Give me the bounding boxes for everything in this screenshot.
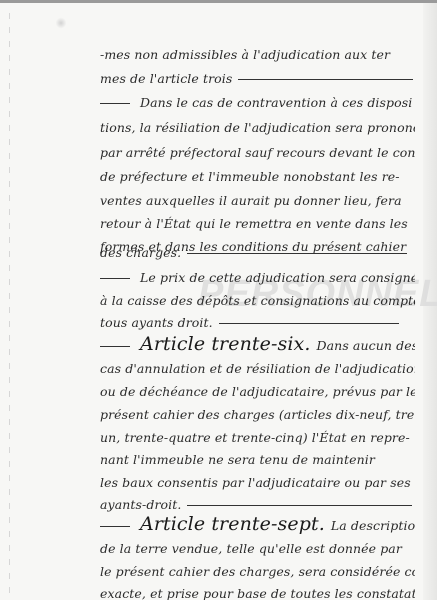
text-line: tous ayants droit. bbox=[100, 315, 415, 330]
line-text: de la terre vendue, telle qu'elle est do… bbox=[100, 541, 402, 556]
line-text: Dans le cas de contravention à ces dispo… bbox=[140, 95, 412, 110]
line-text: des charges. bbox=[100, 245, 181, 260]
article-heading: Article trente-six. bbox=[140, 333, 311, 355]
line-text: -mes non admissibles à l'adjudication au… bbox=[100, 47, 390, 62]
text-line: cas d'annulation et de résiliation de l'… bbox=[100, 361, 415, 376]
margin-rule bbox=[9, 13, 10, 598]
text-line: Le prix de cette adjudication sera consi… bbox=[100, 270, 415, 285]
line-text: de préfecture et l'immeuble nonobstant l… bbox=[100, 169, 400, 184]
text-line: de la terre vendue, telle qu'elle est do… bbox=[100, 541, 415, 556]
text-line: -mes non admissibles à l'adjudication au… bbox=[100, 47, 415, 62]
line-text: ou de déchéance de l'adjudicataire, prév… bbox=[100, 384, 415, 399]
text-line: exacte, et prise pour base de toutes les… bbox=[100, 586, 415, 600]
line-text: tions, la résiliation de l'adjudication … bbox=[100, 120, 415, 135]
line-text: les baux consentis par l'adjudicataire o… bbox=[100, 475, 411, 490]
paragraph-dash bbox=[100, 526, 130, 527]
text-line: nant l'immeuble ne sera tenu de mainteni… bbox=[100, 452, 415, 467]
text-line: tions, la résiliation de l'adjudication … bbox=[100, 120, 415, 135]
line-fill-rule bbox=[187, 505, 412, 506]
line-text: à la caisse des dépôts et consignations … bbox=[100, 293, 415, 308]
text-line: un, trente-quatre et trente-cinq) l'État… bbox=[100, 430, 415, 445]
line-fill-rule bbox=[219, 323, 399, 324]
paragraph-dash bbox=[100, 103, 130, 104]
line-text: nant l'immeuble ne sera tenu de mainteni… bbox=[100, 452, 375, 467]
line-text: cas d'annulation et de résiliation de l'… bbox=[100, 361, 415, 376]
article-heading-line: Article trente-six.Dans aucun des bbox=[100, 333, 415, 355]
text-line: des charges. bbox=[100, 245, 415, 260]
text-line: ou de déchéance de l'adjudicataire, prév… bbox=[100, 384, 415, 399]
line-text: mes de l'article trois bbox=[100, 71, 232, 86]
line-text: Le prix de cette adjudication sera consi… bbox=[140, 270, 415, 285]
text-line: ventes auxquelles il aurait pu donner li… bbox=[100, 193, 415, 208]
line-text: La description bbox=[331, 518, 415, 533]
line-text: retour à l'État qui le remettra en vente… bbox=[100, 216, 408, 231]
text-line: Dans le cas de contravention à ces dispo… bbox=[100, 95, 415, 110]
page-edge-shadow bbox=[423, 3, 437, 600]
paragraph-dash bbox=[100, 278, 130, 279]
line-fill-rule bbox=[187, 253, 407, 254]
text-line: retour à l'État qui le remettra en vente… bbox=[100, 216, 415, 231]
line-text: ayants-droit. bbox=[100, 497, 181, 512]
paragraph-dash bbox=[100, 346, 130, 347]
text-line: à la caisse des dépôts et consignations … bbox=[100, 293, 415, 308]
text-line: présent cahier des charges (articles dix… bbox=[100, 407, 415, 422]
line-fill-rule bbox=[238, 79, 413, 80]
line-text: par arrêté préfectoral sauf recours deva… bbox=[100, 145, 415, 160]
line-text: présent cahier des charges (articles dix… bbox=[100, 407, 415, 422]
text-line: le présent cahier des charges, sera cons… bbox=[100, 564, 415, 579]
text-line: mes de l'article trois bbox=[100, 71, 415, 86]
article-heading-line: Article trente-sept.La description bbox=[100, 513, 415, 535]
line-text: le présent cahier des charges, sera cons… bbox=[100, 564, 415, 579]
paper-stain bbox=[56, 17, 66, 29]
text-line: les baux consentis par l'adjudicataire o… bbox=[100, 475, 415, 490]
document-page: PERSONNEL -mes non admissibles à l'adjud… bbox=[0, 0, 437, 600]
line-text: exacte, et prise pour base de toutes les… bbox=[100, 586, 415, 600]
text-line: par arrêté préfectoral sauf recours deva… bbox=[100, 145, 415, 160]
article-heading: Article trente-sept. bbox=[140, 513, 325, 535]
line-text: Dans aucun des bbox=[317, 338, 416, 353]
text-line: ayants-droit. bbox=[100, 497, 415, 512]
line-text: tous ayants droit. bbox=[100, 315, 213, 330]
line-text: ventes auxquelles il aurait pu donner li… bbox=[100, 193, 402, 208]
line-text: un, trente-quatre et trente-cinq) l'État… bbox=[100, 430, 410, 445]
text-line: de préfecture et l'immeuble nonobstant l… bbox=[100, 169, 415, 184]
